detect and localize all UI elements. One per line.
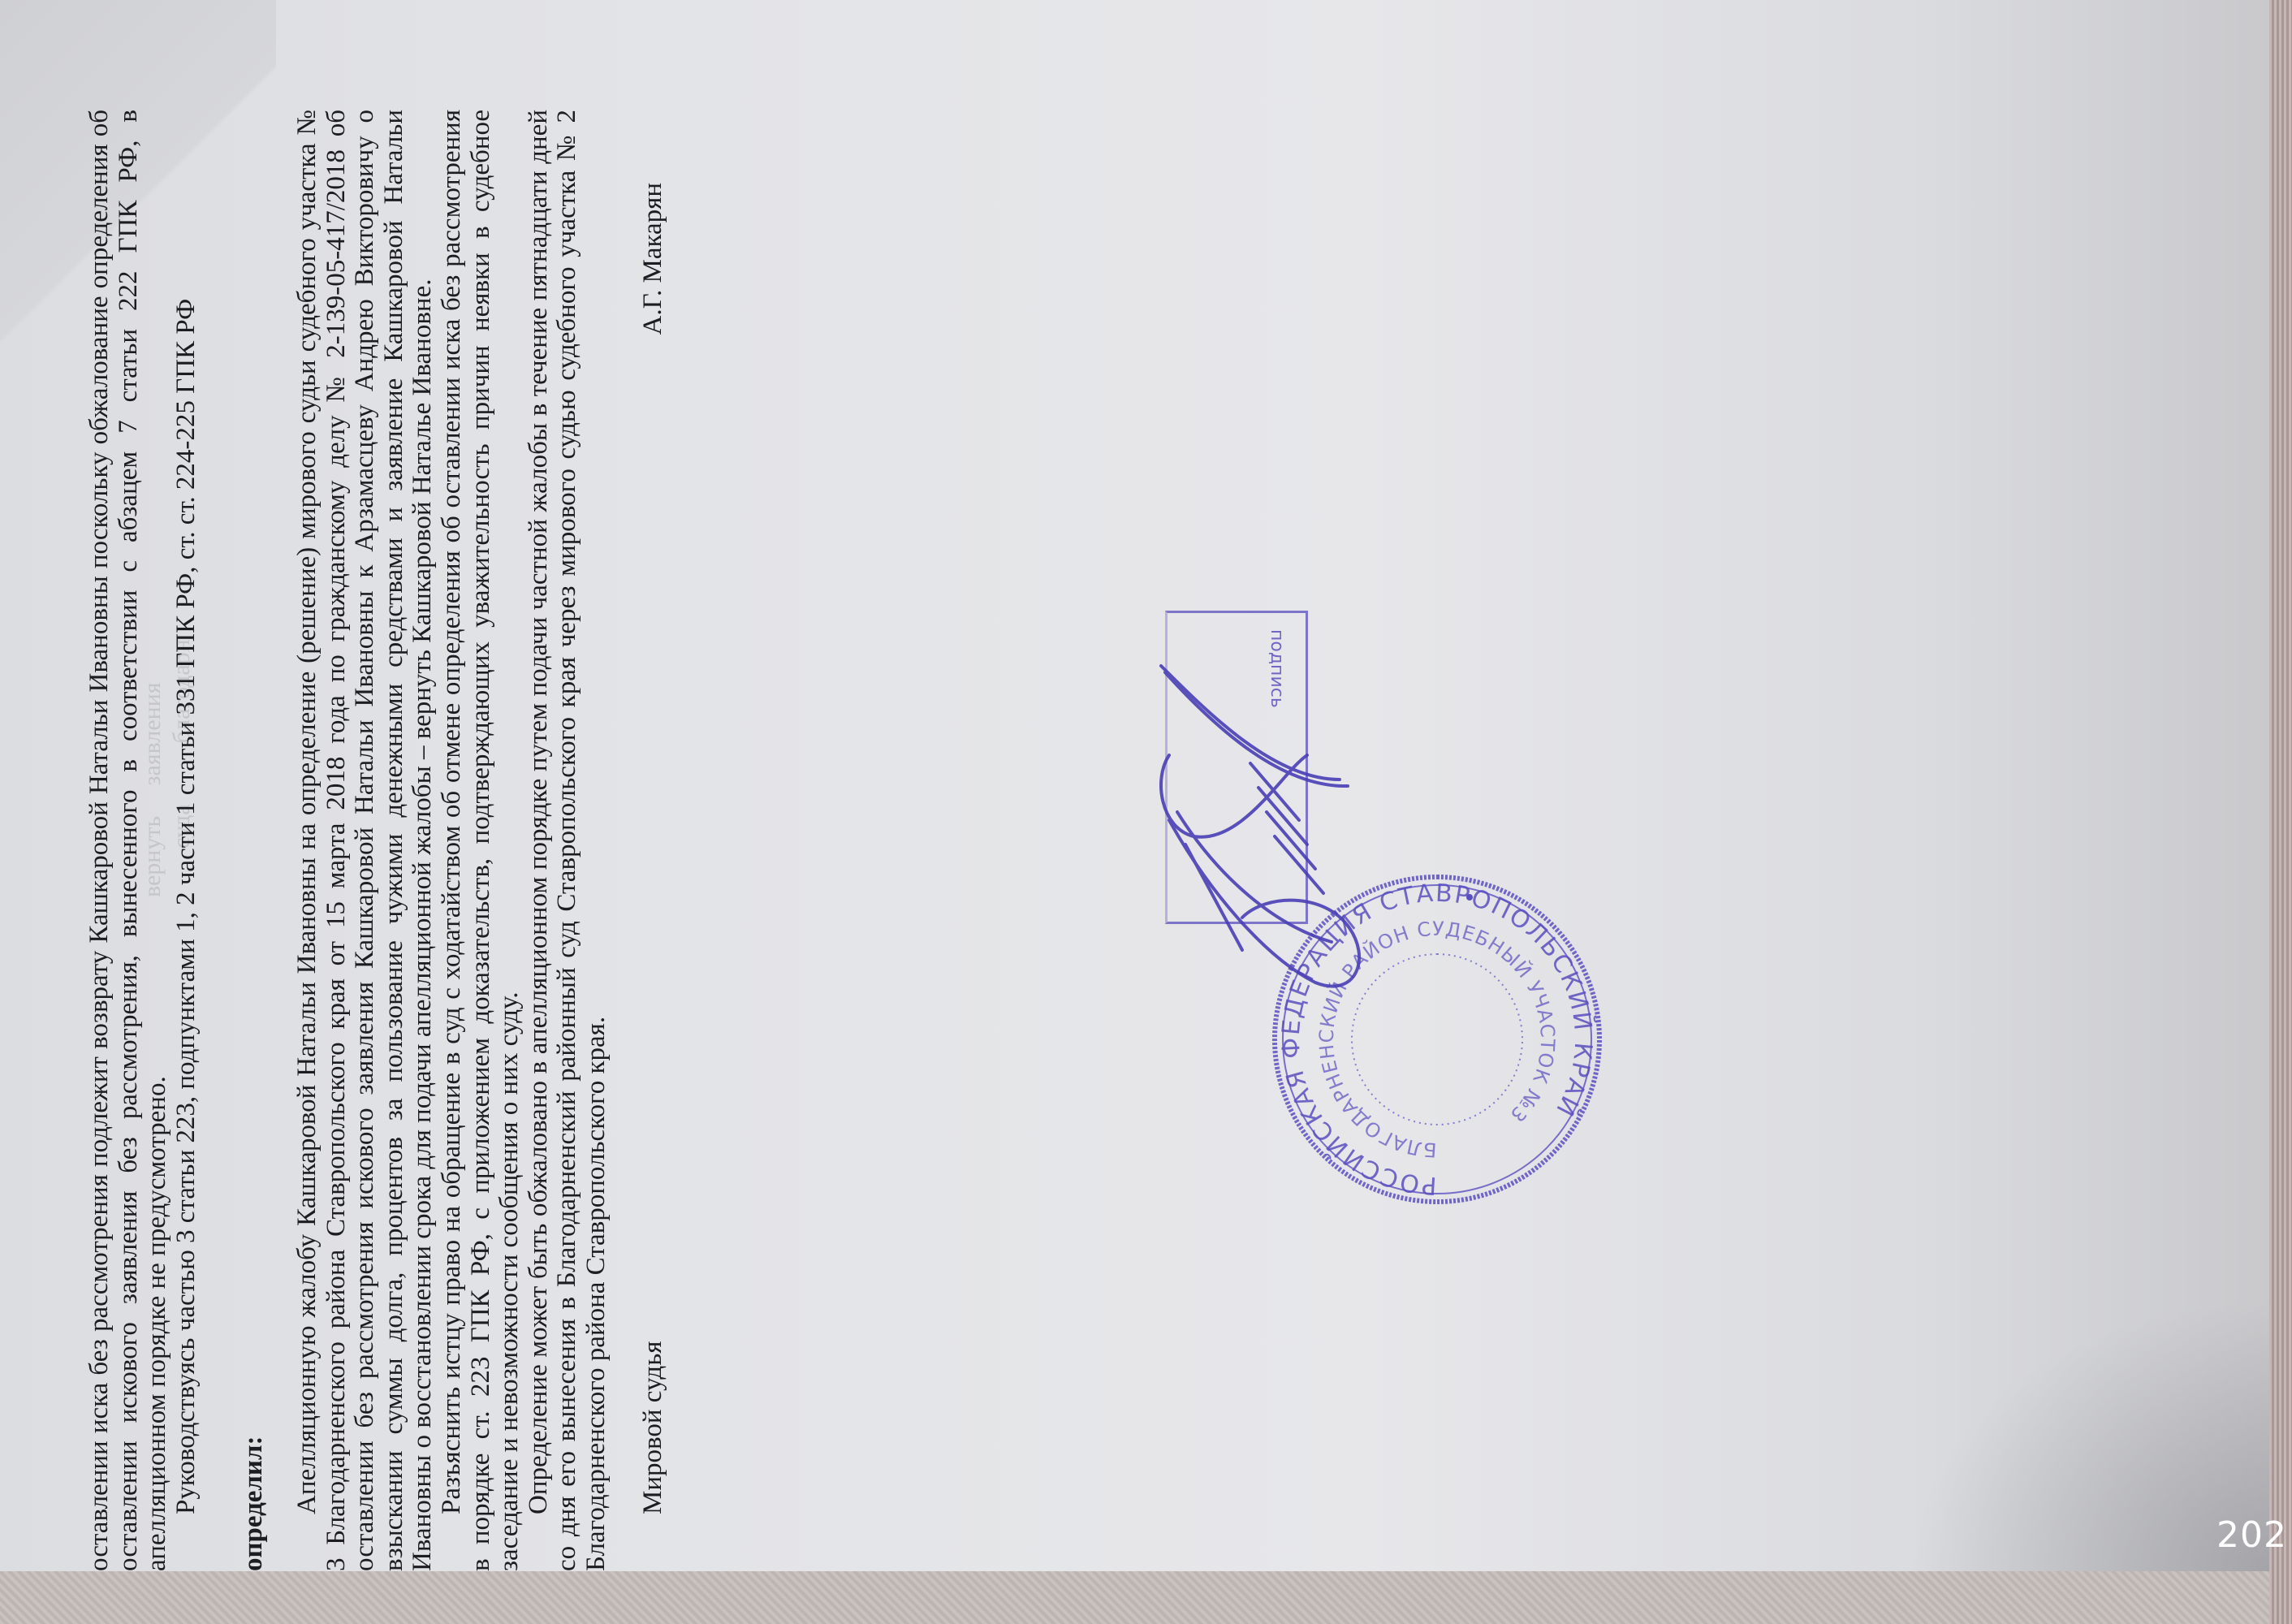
paragraph-explain: Разъяснить истцу право на обращение в су… (438, 110, 524, 1571)
fabric-background-right (2269, 0, 2292, 1624)
ruling-heading: определил: (240, 110, 269, 1571)
signature-icon (1145, 568, 1388, 1023)
photo-shadow (1908, 1299, 2269, 1571)
fabric-background (0, 1571, 2292, 1624)
paragraph-ruling: Апелляционную жалобу Кашкаровой Натальи … (293, 110, 438, 1571)
paragraph-guided: Руководствуясь частью 3 статьи 223, подп… (172, 110, 201, 1571)
court-ruling-document: оставлении иска без рассмотрения подлежи… (85, 110, 667, 1571)
paragraph-appeal: Определение может быть обжаловано в апел… (524, 110, 611, 1571)
signature-row: Мировой судья А.Г. Макарян (639, 110, 668, 1571)
photo-timestamp: 202 (2216, 1514, 2292, 1556)
handwritten-signature (1145, 568, 1388, 1023)
signature-title: Мировой судья (639, 1341, 668, 1514)
signature-name: А.Г. Макарян (639, 183, 668, 335)
paragraph-intro: оставлении иска без рассмотрения подлежи… (85, 110, 172, 1571)
